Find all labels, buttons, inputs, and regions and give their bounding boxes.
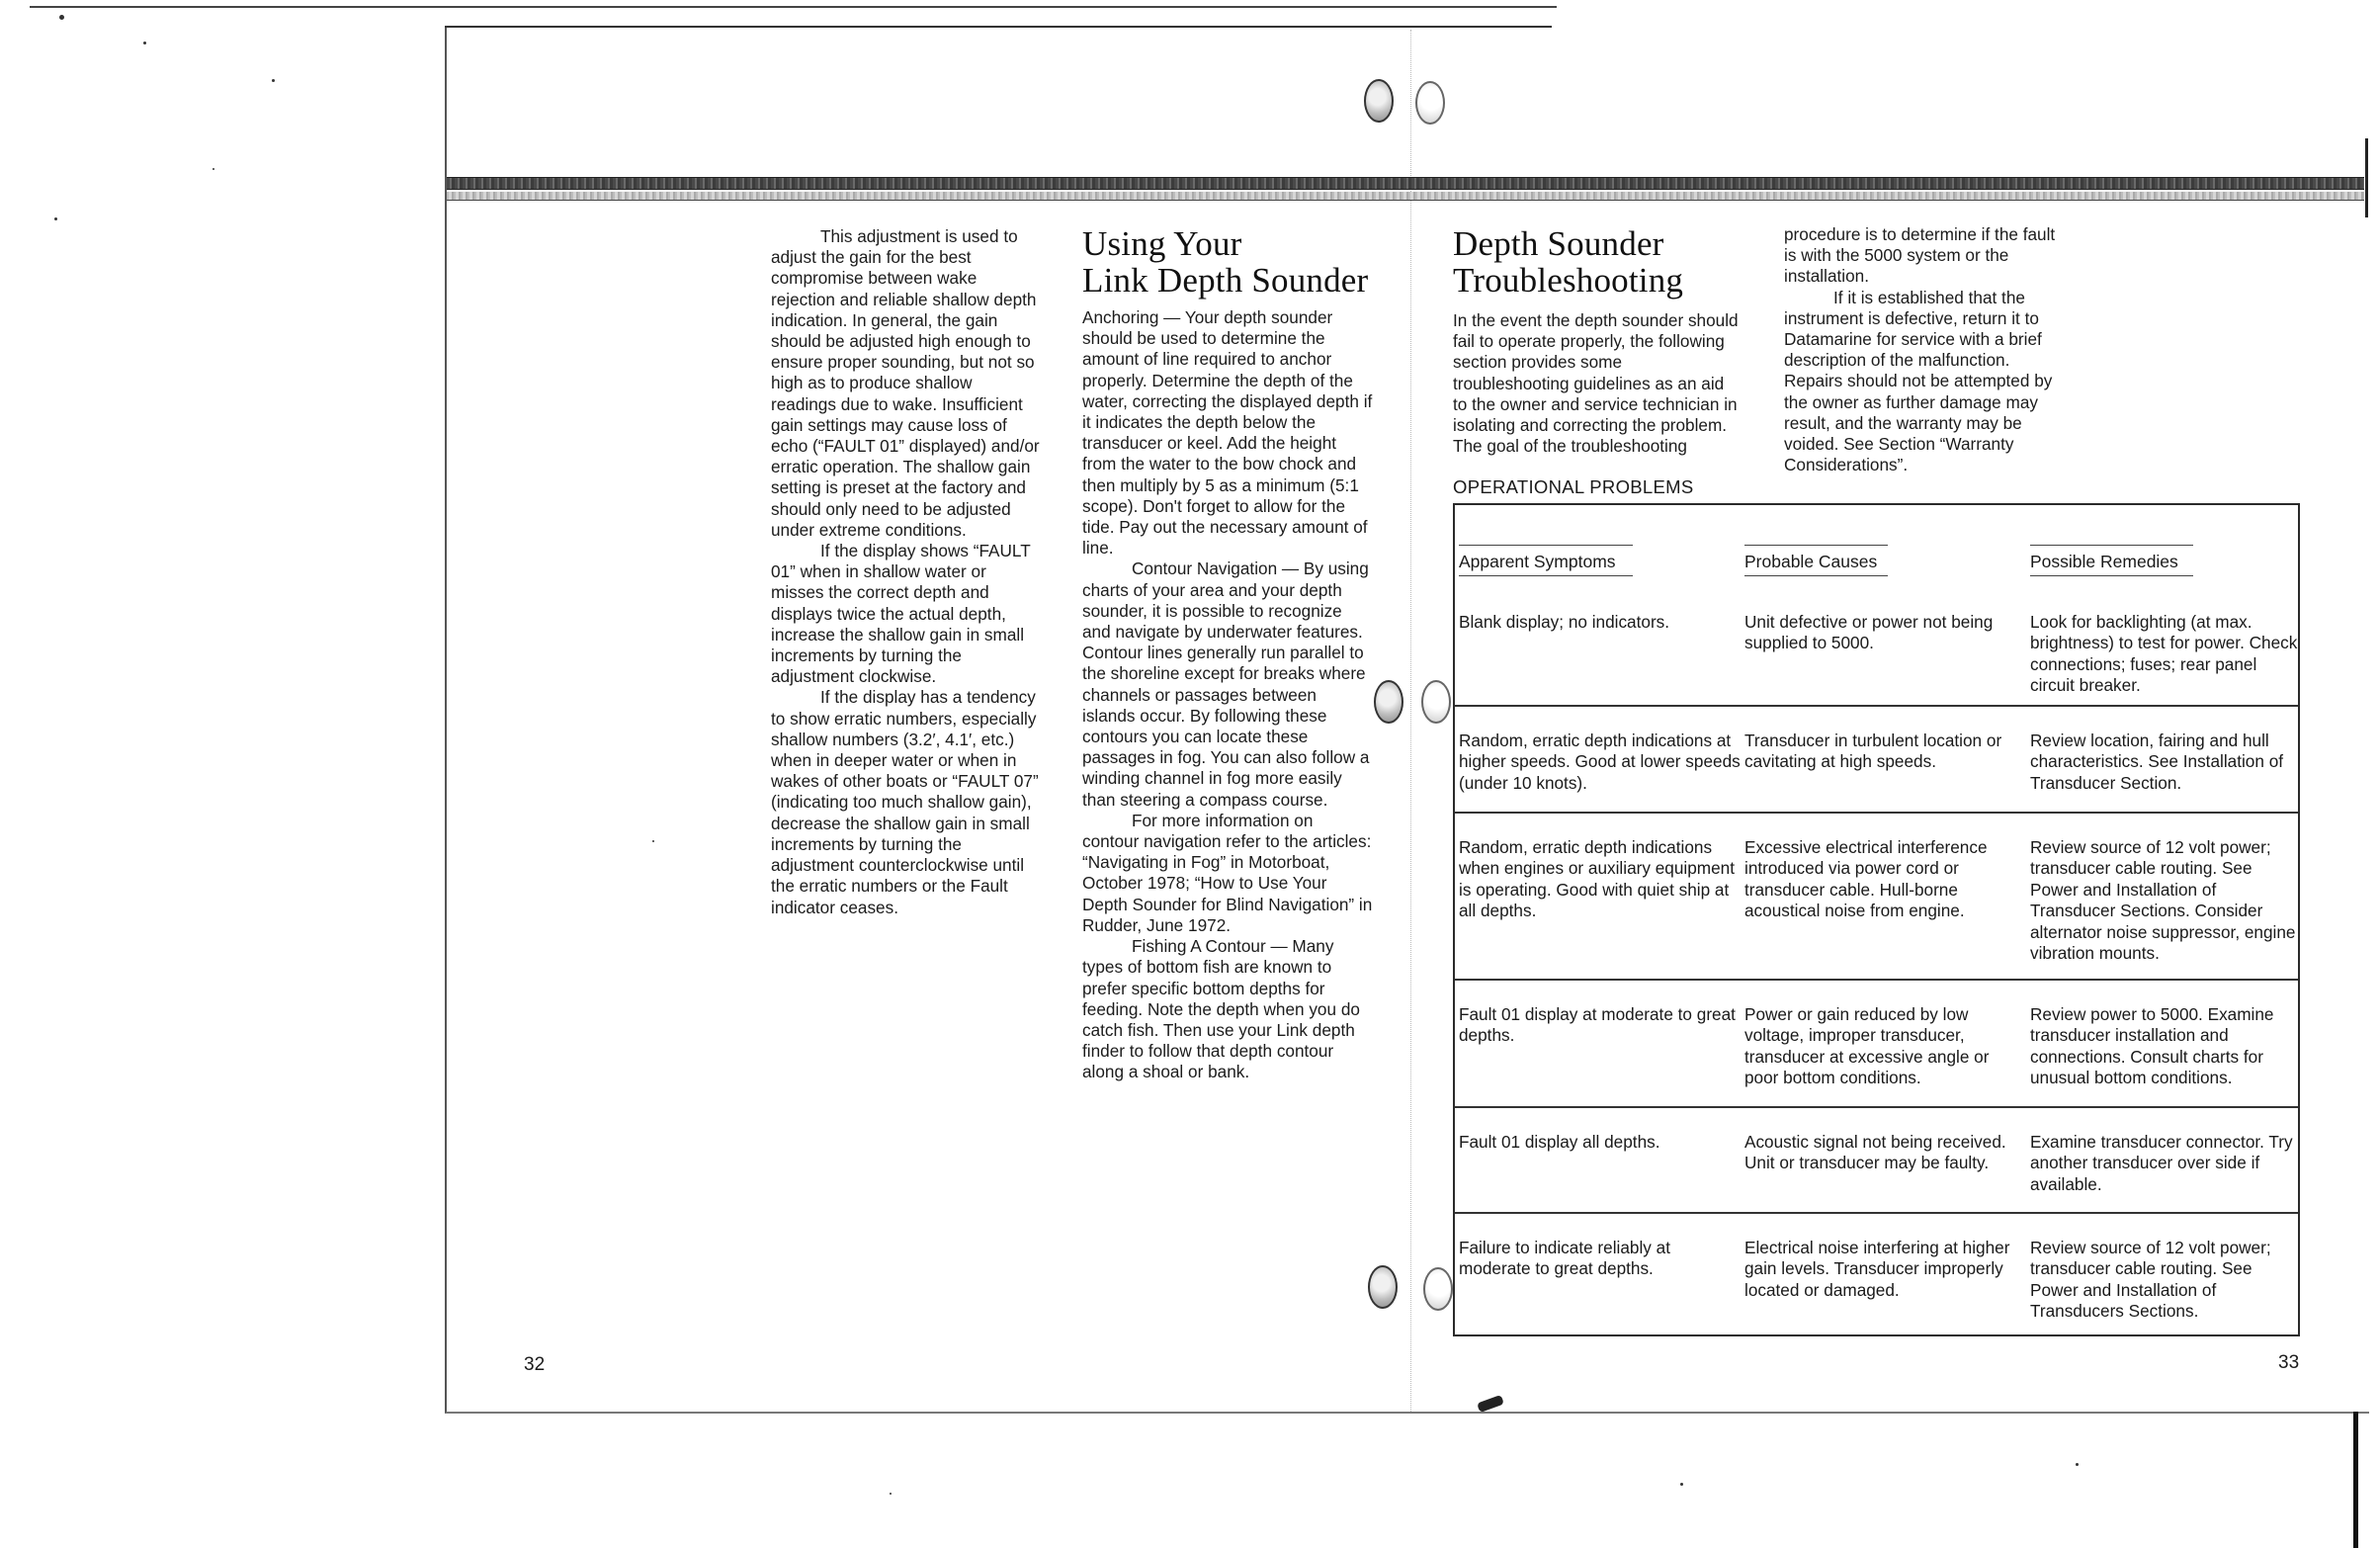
scan-speck [212,168,214,170]
symptom-cell: Random, erratic depth indications when e… [1459,837,1741,922]
scan-speck [1680,1483,1683,1486]
heading-line: Depth Sounder [1453,224,1664,263]
paragraph: This adjustment is used to adjust the ga… [771,226,1040,541]
symptom-cell: Failure to indicate reliably at moderate… [1459,1238,1741,1280]
remedy-cell: Review location, fairing and hull charac… [2030,731,2299,794]
paragraph-anchoring: Anchoring — Your depth sounder should be… [1082,307,1374,559]
operational-problems-table: Apparent Symptoms Probable Causes Possib… [1453,503,2300,1336]
binder-ring-icon [1421,680,1451,724]
column-header-remedies: Possible Remedies [2030,545,2193,576]
paragraph: In the event the depth sounder should fa… [1453,310,1742,457]
binder-ring-icon [1415,81,1445,125]
scan-speck [143,42,146,44]
table-row: Fault 01 display at moderate to great de… [1455,979,2298,1106]
cause-cell: Power or gain reduced by low voltage, im… [1744,1004,2026,1089]
binder-ring-icon [1374,680,1403,724]
remedy-cell: Review source of 12 volt power; transduc… [2030,837,2299,964]
section-heading: Using Your Link Depth Sounder [1082,225,1374,299]
remedy-cell: Look for backlighting (at max. brightnes… [2030,612,2299,697]
binder-ring-icon [1364,79,1394,123]
symptom-cell: Fault 01 display at moderate to great de… [1459,1004,1741,1047]
cause-cell: Excessive electrical interference introd… [1744,837,2026,922]
scan-speck [890,1493,892,1495]
binding-spine [1410,30,1411,1412]
symptom-cell: Fault 01 display all depths. [1459,1132,1741,1153]
scan-edge-line [30,6,1557,8]
troubleshooting-intro: Depth Sounder Troubleshooting In the eve… [1453,225,1742,457]
troubleshooting-intro-continued: procedure is to determine if the fault i… [1784,224,2071,475]
cause-cell: Electrical noise interfering at higher g… [1744,1238,2026,1301]
paragraph-contour-navigation: Contour Navigation — By using charts of … [1082,559,1374,810]
table-row: Fault 01 display all depths. Acoustic si… [1455,1106,2298,1212]
remedy-cell: Review source of 12 volt power; transduc… [2030,1238,2299,1323]
scan-speck [652,840,654,842]
paragraph: procedure is to determine if the fault i… [1784,224,2071,288]
page-number-left: 32 [524,1354,545,1376]
binder-ring-icon [1368,1265,1398,1309]
scan-speck [272,79,275,82]
table-row: Random, erratic depth indications at hig… [1455,705,2298,812]
link-depth-sounder-section: Using Your Link Depth Sounder Anchoring … [1082,225,1374,1083]
scan-speck [59,15,64,20]
heading-line: Using Your [1082,224,1242,263]
scan-speck [54,217,57,220]
remedy-cell: Examine transducer connector. Try anothe… [2030,1132,2299,1195]
heading-line: Link Depth Sounder [1082,261,1368,300]
header-stripe-dark [447,177,2364,190]
left-column-gain-adjustment: This adjustment is used to adjust the ga… [771,226,1040,918]
section-heading: Depth Sounder Troubleshooting [1453,225,1742,299]
page-right-edge [2365,138,2368,217]
paragraph-references: For more information on contour navigati… [1082,811,1374,936]
scan-speck [2076,1463,2079,1466]
cause-cell: Transducer in turbulent location or cavi… [1744,731,2026,773]
paragraph: If the display has a tendency to show er… [771,687,1040,917]
symptom-cell: Blank display; no indicators. [1459,612,1741,633]
paragraph: If the display shows “FAULT 01” when in … [771,541,1040,687]
column-header-causes: Probable Causes [1744,545,1888,576]
column-header-symptoms: Apparent Symptoms [1459,545,1633,576]
table-row: Failure to indicate reliably at moderate… [1455,1212,2298,1334]
table-row: Random, erratic depth indications when e… [1455,812,2298,979]
remedy-cell: Review power to 5000. Examine transducer… [2030,1004,2299,1089]
paragraph: If it is established that the instrument… [1784,288,2071,476]
table-row: Blank display; no indicators. Unit defec… [1455,601,2298,705]
cause-cell: Unit defective or power not being suppli… [1744,612,2026,654]
heading-line: Troubleshooting [1453,261,1683,300]
cause-cell: Acoustic signal not being received. Unit… [1744,1132,2026,1174]
binder-ring-icon [1423,1267,1453,1311]
page-number-right: 33 [2278,1352,2299,1374]
symptom-cell: Random, erratic depth indications at hig… [1459,731,1741,794]
paragraph-fishing-contour: Fishing A Contour — Many types of bottom… [1082,936,1374,1082]
table-title: OPERATIONAL PROBLEMS [1453,476,1693,498]
scan-right-edge [2353,1412,2358,1548]
header-stripe-light [447,192,2364,201]
